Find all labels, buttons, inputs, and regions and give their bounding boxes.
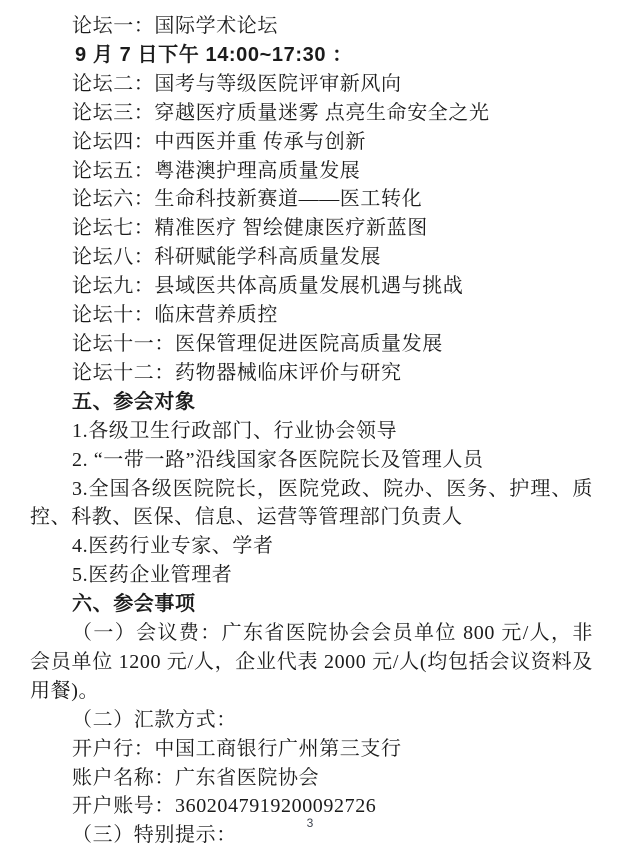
forum-8-line: 论坛八：科研赋能学科高质量发展	[30, 243, 593, 272]
forum-4-line: 论坛四：中西医并重 传承与创新	[30, 128, 593, 157]
page-number: 3	[0, 816, 620, 830]
forum-9-line: 论坛九：县域医共体高质量发展机遇与挑战	[30, 272, 593, 301]
forum-11-line: 论坛十一：医保管理促进医院高质量发展	[30, 330, 593, 359]
session-datetime-line: 9 月 7 日下午 14:00~17:30 ：	[30, 41, 593, 70]
attendee-item-1: 1.各级卫生行政部门、行业协会领导	[30, 417, 593, 446]
forum-5-line: 论坛五：粤港澳护理高质量发展	[30, 157, 593, 186]
payment-method-line: （二）汇款方式：	[30, 706, 593, 735]
account-name-line: 账户名称：广东省医院协会	[30, 764, 593, 793]
attendee-item-2: 2. “一带一路”沿线国家各医院院长及管理人员	[30, 446, 593, 475]
fee-paragraph: （一）会议费：广东省医院协会会员单位 800 元/人，非会员单位 1200 元/…	[30, 619, 593, 706]
forum-10-line: 论坛十：临床营养质控	[30, 301, 593, 330]
forum-12-line: 论坛十二：药物器械临床评价与研究	[30, 359, 593, 388]
bank-name-line: 开户行：中国工商银行广州第三支行	[30, 735, 593, 764]
section-6-heading: 六、参会事项	[30, 590, 593, 619]
section-5-heading: 五、参会对象	[30, 388, 593, 417]
attendee-item-5: 5.医药企业管理者	[30, 561, 593, 590]
document-page: 论坛一：国际学术论坛9 月 7 日下午 14:00~17:30 ：论坛二：国考与…	[0, 0, 620, 852]
forum-2-line: 论坛二：国考与等级医院评审新风向	[30, 70, 593, 99]
document-content: 论坛一：国际学术论坛9 月 7 日下午 14:00~17:30 ：论坛二：国考与…	[30, 12, 593, 850]
forum-7-line: 论坛七：精准医疗 智绘健康医疗新蓝图	[30, 214, 593, 243]
forum-1-line: 论坛一：国际学术论坛	[30, 12, 593, 41]
attendee-item-3: 3.全国各级医院院长，医院党政、院办、医务、护理、质控、科教、医保、信息、运营等…	[30, 475, 593, 533]
forum-6-line: 论坛六：生命科技新赛道——医工转化	[30, 185, 593, 214]
forum-3-line: 论坛三：穿越医疗质量迷雾 点亮生命安全之光	[30, 99, 593, 128]
attendee-item-4: 4.医药行业专家、学者	[30, 532, 593, 561]
